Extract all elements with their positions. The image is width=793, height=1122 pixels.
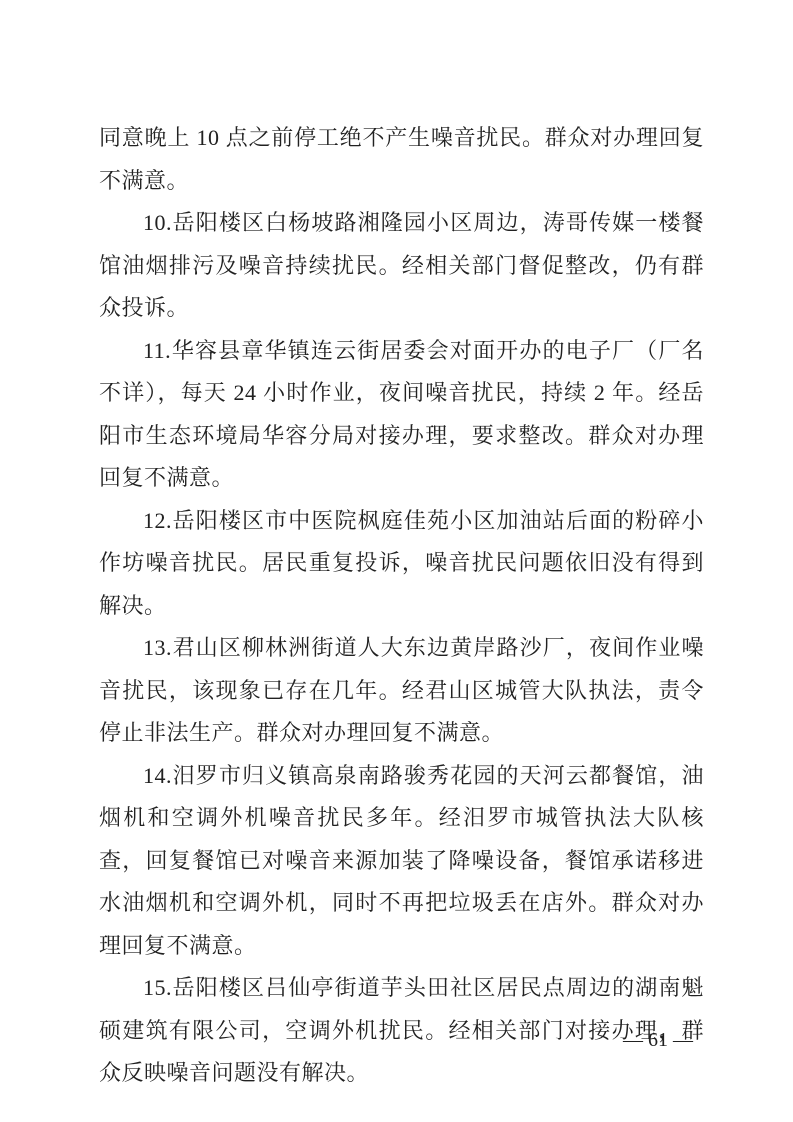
paragraph-continuation: 同意晚上 10 点之前停工绝不产生噪音扰民。群众对办理回复不满意。: [99, 117, 704, 202]
document-page: 同意晚上 10 点之前停工绝不产生噪音扰民。群众对办理回复不满意。 10.岳阳楼…: [0, 0, 793, 1122]
page-number: — 61 —: [623, 1028, 693, 1052]
paragraph-item-12: 12.岳阳楼区市中医院枫庭佳苑小区加油站后面的粉碎小作坊噪音扰民。居民重复投诉，…: [99, 500, 704, 628]
paragraph-item-10: 10.岳阳楼区白杨坡路湘隆园小区周边，涛哥传媒一楼餐馆油烟排污及噪音持续扰民。经…: [99, 202, 704, 330]
body-text: 同意晚上 10 点之前停工绝不产生噪音扰民。群众对办理回复不满意。 10.岳阳楼…: [99, 117, 704, 1095]
paragraph-item-13: 13.君山区柳林洲街道人大东边黄岸路沙厂，夜间作业噪音扰民，该现象已存在几年。经…: [99, 627, 704, 755]
paragraph-item-15: 15.岳阳楼区吕仙亭街道芋头田社区居民点周边的湖南魁硕建筑有限公司，空调外机扰民…: [99, 967, 704, 1095]
paragraph-item-14: 14.汨罗市归义镇高泉南路骏秀花园的天河云都餐馆，油烟机和空调外机噪音扰民多年。…: [99, 755, 704, 968]
paragraph-item-11: 11.华容县章华镇连云街居委会对面开办的电子厂（厂名不详），每天 24 小时作业…: [99, 330, 704, 500]
